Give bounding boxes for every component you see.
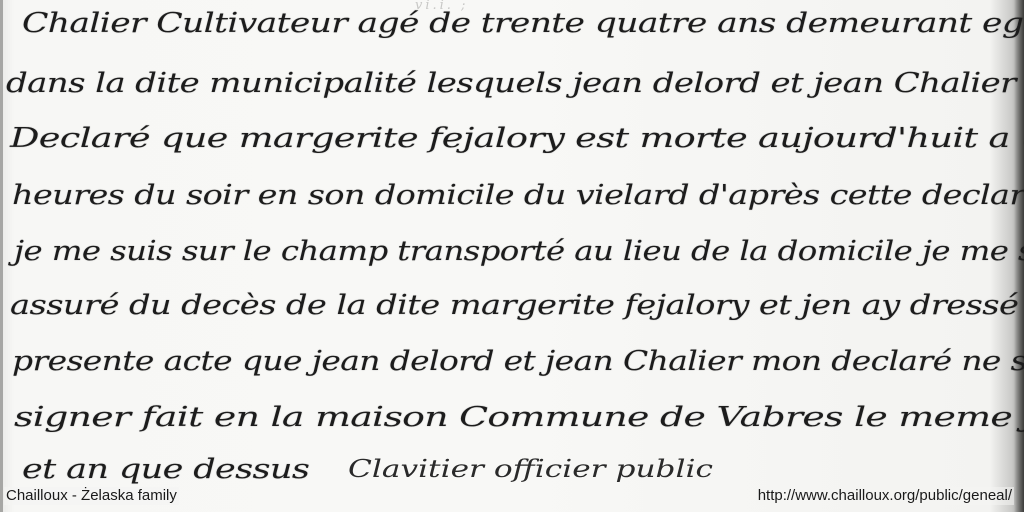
page-left-edge xyxy=(0,0,3,512)
watermark-url-caption: http://www.chailloux.org/public/geneal/ xyxy=(756,487,1014,505)
handwritten-line-4: heures du soir en son domicile du vielar… xyxy=(12,180,1024,211)
watermark-family-caption: Chailloux - Żelaska family xyxy=(4,487,179,505)
document-scan: vi.i. ; Chalier Cultivateur agé de trent… xyxy=(0,0,1024,512)
signature-clerk: Clavitier officier public xyxy=(348,455,713,483)
handwritten-line-1: Chalier Cultivateur agé de trente quatre… xyxy=(22,8,1024,39)
handwritten-line-2: dans la dite municipalité lesquels jean … xyxy=(6,68,1024,99)
handwritten-line-6: assuré du decès de la dite margerite fej… xyxy=(10,290,1024,321)
handwritten-line-3: Declaré que margerite fejalory est morte… xyxy=(10,123,1024,154)
handwritten-line-8: signer fait en la maison Commune de Vabr… xyxy=(14,402,1024,433)
handwritten-line-5: je me suis sur le champ transporté au li… xyxy=(14,236,1024,267)
handwritten-line-9: et an que dessus xyxy=(22,454,309,485)
handwritten-line-7: presente acte que jean delord et jean Ch… xyxy=(12,346,1024,377)
